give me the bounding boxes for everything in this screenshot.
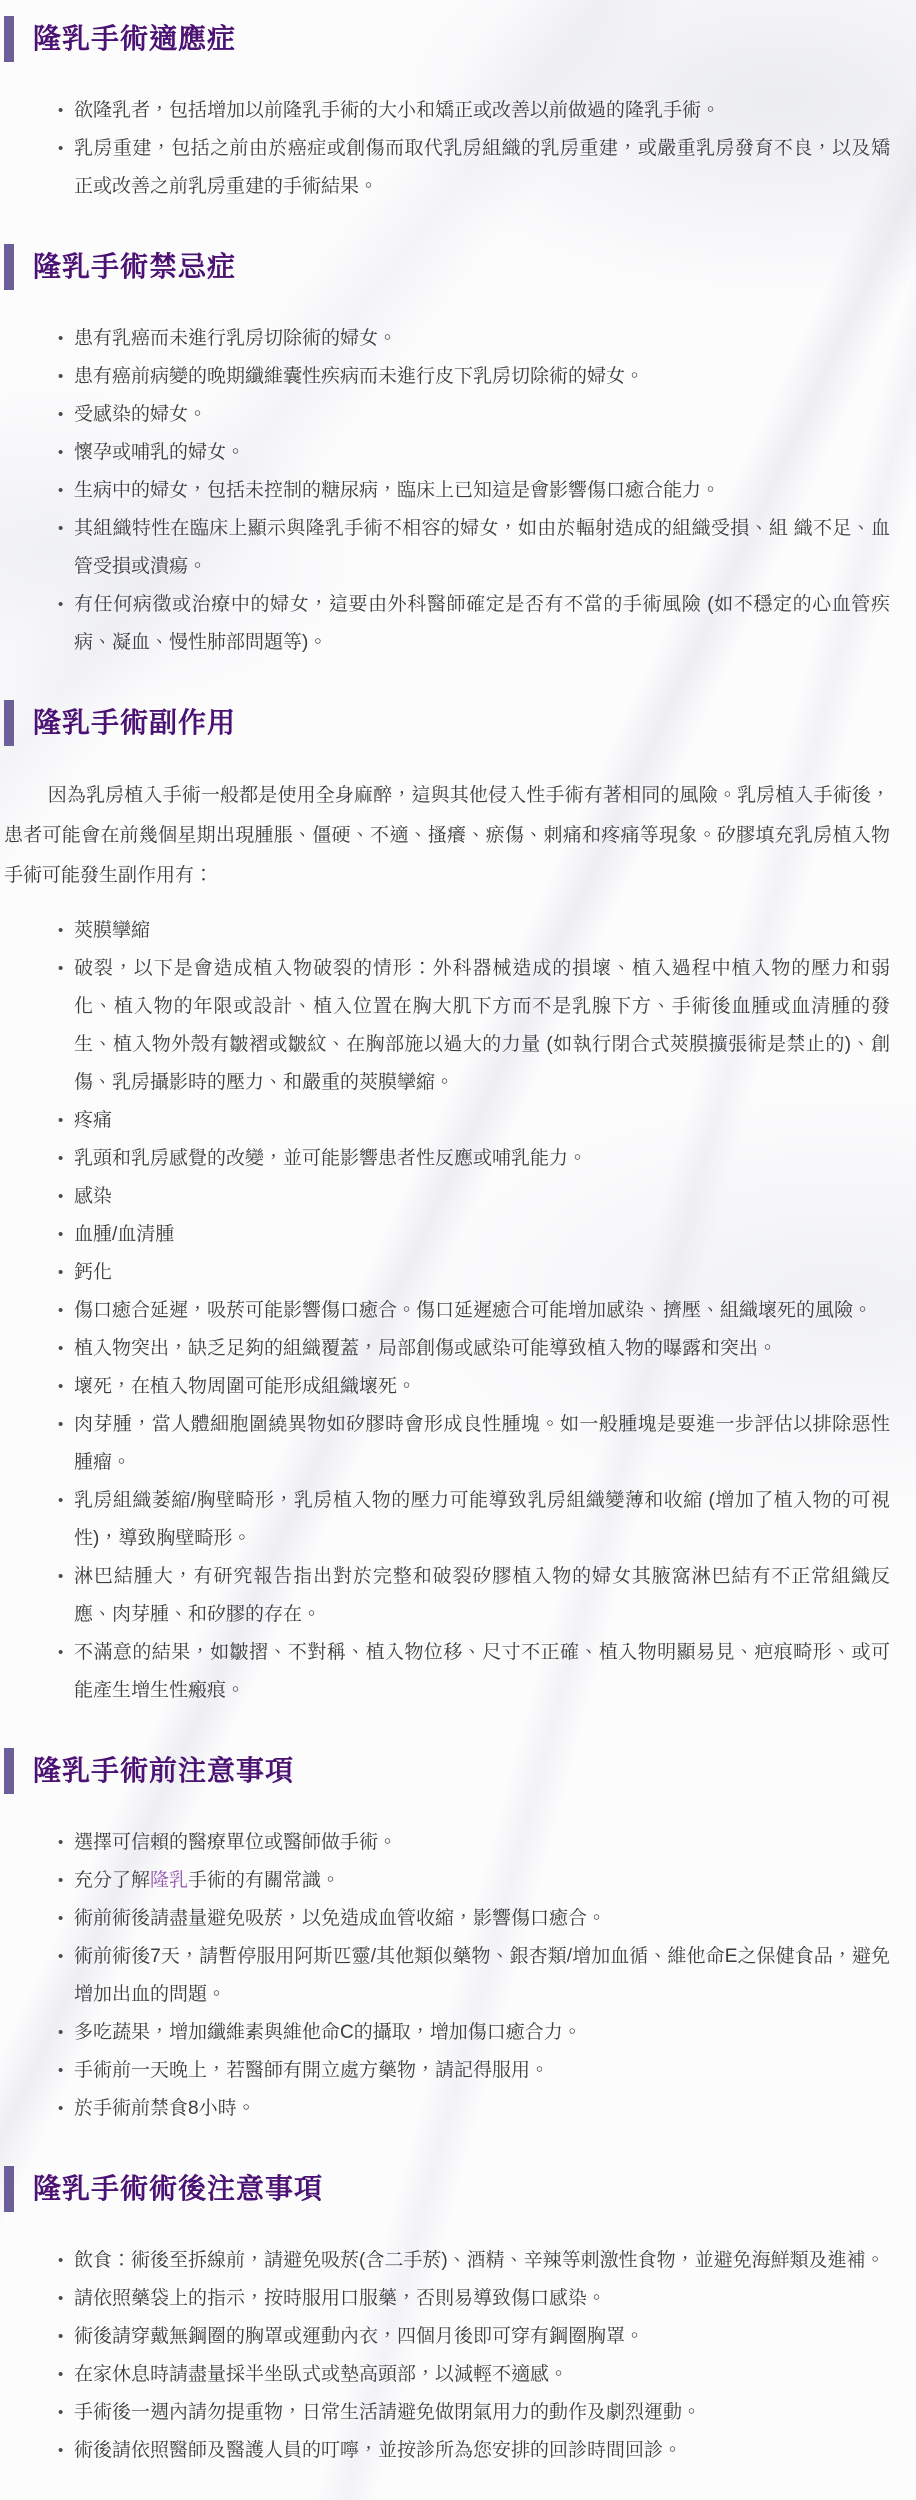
section-title: 隆乳手術副作用	[33, 709, 236, 737]
bullet-list: 欲隆乳者，包括增加以前隆乳手術的大小和矯正或改善以前做過的隆乳手術。乳房重建，包…	[4, 92, 890, 206]
list-item: 飲食：術後至拆線前，請避免吸菸(含二手菸)、酒精、辛辣等刺激性食物，並避免海鮮類…	[74, 2242, 890, 2280]
section-title: 隆乳手術適應症	[33, 25, 236, 53]
list-item: 傷口癒合延遲，吸菸可能影響傷口癒合。傷口延遲癒合可能增加感染、擠壓、組織壞死的風…	[74, 1292, 890, 1330]
list-item: 多吃蔬果，增加纖維素與維他命C的攝取，增加傷口癒合力。	[74, 2014, 890, 2052]
list-item: 術前術後7天，請暫停服用阿斯匹靈/其他類似藥物、銀杏類/增加血循、維他命E之保健…	[74, 1938, 890, 2014]
list-item: 術後請穿戴無鋼圈的胸罩或運動內衣，四個月後即可穿有鋼圈胸罩。	[74, 2318, 890, 2356]
article-content: 隆乳手術適應症 欲隆乳者，包括增加以前隆乳手術的大小和矯正或改善以前做過的隆乳手…	[0, 0, 916, 2500]
section-post-op-notes: 隆乳手術術後注意事項 飲食：術後至拆線前，請避免吸菸(含二手菸)、酒精、辛辣等刺…	[4, 2166, 890, 2470]
list-item: 欲隆乳者，包括增加以前隆乳手術的大小和矯正或改善以前做過的隆乳手術。	[74, 92, 890, 130]
list-item: 植入物突出，缺乏足夠的組織覆蓋，局部創傷或感染可能導致植入物的曝露和突出。	[74, 1330, 890, 1368]
bullet-list: 莢膜攣縮破裂，以下是會造成植入物破裂的情形：外科器械造成的損壞、植入過程中植入物…	[4, 912, 890, 1710]
list-item: 有任何病徵或治療中的婦女，這要由外科醫師確定是否有不當的手術風險 (如不穩定的心…	[74, 586, 890, 662]
list-item: 手術前一天晚上，若醫師有開立處方藥物，請記得服用。	[74, 2052, 890, 2090]
list-item: 感染	[74, 1178, 890, 1216]
list-item: 手術後一週內請勿提重物，日常生活請避免做閉氣用力的動作及劇烈運動。	[74, 2394, 890, 2432]
list-item: 乳房重建，包括之前由於癌症或創傷而取代乳房組織的乳房重建，或嚴重乳房發育不良，以…	[74, 130, 890, 206]
section-heading: 隆乳手術適應症	[4, 16, 890, 62]
section-title: 隆乳手術術後注意事項	[33, 2175, 323, 2203]
heading-accent-bar	[4, 2166, 14, 2212]
list-item: 不滿意的結果，如皺摺、不對稱、植入物位移、尺寸不正確、植入物明顯易見、疤痕畸形、…	[74, 1634, 890, 1710]
bullet-list: 選擇可信賴的醫療單位或醫師做手術。充分了解隆乳手術的有關常識。術前術後請盡量避免…	[4, 1824, 890, 2128]
list-item: 在家休息時請盡量採半坐臥式或墊高頭部，以減輕不適感。	[74, 2356, 890, 2394]
heading-accent-bar	[4, 700, 14, 746]
list-item: 其組織特性在臨床上顯示與隆乳手術不相容的婦女，如由於輻射造成的組織受損、組 織不…	[74, 510, 890, 586]
section-heading: 隆乳手術前注意事項	[4, 1748, 890, 1794]
list-item: 疼痛	[74, 1102, 890, 1140]
section-title: 隆乳手術禁忌症	[33, 253, 236, 281]
list-item: 生病中的婦女，包括未控制的糖尿病，臨床上已知這是會影響傷口癒合能力。	[74, 472, 890, 510]
list-item: 於手術前禁食8小時。	[74, 2090, 890, 2128]
breast-augmentation-link[interactable]: 隆乳	[150, 1870, 188, 1891]
list-item: 血腫/血清腫	[74, 1216, 890, 1254]
heading-accent-bar	[4, 1748, 14, 1794]
list-item: 請依照藥袋上的指示，按時服用口服藥，否則易導致傷口感染。	[74, 2280, 890, 2318]
section-contraindications: 隆乳手術禁忌症 患有乳癌而未進行乳房切除術的婦女。患有癌前病變的晚期纖維囊性疾病…	[4, 244, 890, 662]
section-indications: 隆乳手術適應症 欲隆乳者，包括增加以前隆乳手術的大小和矯正或改善以前做過的隆乳手…	[4, 16, 890, 206]
bullet-list: 飲食：術後至拆線前，請避免吸菸(含二手菸)、酒精、辛辣等刺激性食物，並避免海鮮類…	[4, 2242, 890, 2470]
list-item: 選擇可信賴的醫療單位或醫師做手術。	[74, 1824, 890, 1862]
section-title: 隆乳手術前注意事項	[33, 1757, 294, 1785]
list-item: 受感染的婦女。	[74, 396, 890, 434]
list-item: 壞死，在植入物周圍可能形成組織壞死。	[74, 1368, 890, 1406]
bullet-list: 患有乳癌而未進行乳房切除術的婦女。患有癌前病變的晚期纖維囊性疾病而未進行皮下乳房…	[4, 320, 890, 662]
list-item: 莢膜攣縮	[74, 912, 890, 950]
section-side-effects: 隆乳手術副作用 因為乳房植入手術一般都是使用全身麻醉，這與其他侵入性手術有著相同…	[4, 700, 890, 1710]
list-item: 肉芽腫，當人體細胞圍繞異物如矽膠時會形成良性腫塊。如一般腫塊是要進一步評估以排除…	[74, 1406, 890, 1482]
section-heading: 隆乳手術副作用	[4, 700, 890, 746]
heading-accent-bar	[4, 16, 14, 62]
side-effects-intro-paragraph: 因為乳房植入手術一般都是使用全身麻醉，這與其他侵入性手術有著相同的風險。乳房植入…	[4, 776, 890, 896]
list-item: 乳房組織萎縮/胸壁畸形，乳房植入物的壓力可能導致乳房組織變薄和收縮 (增加了植入…	[74, 1482, 890, 1558]
section-pre-op-notes: 隆乳手術前注意事項 選擇可信賴的醫療單位或醫師做手術。充分了解隆乳手術的有關常識…	[4, 1748, 890, 2128]
list-item: 充分了解隆乳手術的有關常識。	[74, 1862, 890, 1900]
section-heading: 隆乳手術禁忌症	[4, 244, 890, 290]
list-item-text: 手術的有關常識。	[188, 1870, 340, 1891]
section-heading: 隆乳手術術後注意事項	[4, 2166, 890, 2212]
heading-accent-bar	[4, 244, 14, 290]
list-item: 乳頭和乳房感覺的改變，並可能影響患者性反應或哺乳能力。	[74, 1140, 890, 1178]
list-item: 術前術後請盡量避免吸菸，以免造成血管收縮，影響傷口癒合。	[74, 1900, 890, 1938]
list-item: 破裂，以下是會造成植入物破裂的情形：外科器械造成的損壞、植入過程中植入物的壓力和…	[74, 950, 890, 1102]
list-item: 鈣化	[74, 1254, 890, 1292]
list-item: 患有乳癌而未進行乳房切除術的婦女。	[74, 320, 890, 358]
list-item: 患有癌前病變的晚期纖維囊性疾病而未進行皮下乳房切除術的婦女。	[74, 358, 890, 396]
list-item-text: 充分了解	[74, 1870, 150, 1891]
list-item: 淋巴結腫大，有研究報告指出對於完整和破裂矽膠植入物的婦女其腋窩淋巴結有不正常組織…	[74, 1558, 890, 1634]
list-item: 術後請依照醫師及醫護人員的叮嚀，並按診所為您安排的回診時間回診。	[74, 2432, 890, 2470]
list-item: 懷孕或哺乳的婦女。	[74, 434, 890, 472]
